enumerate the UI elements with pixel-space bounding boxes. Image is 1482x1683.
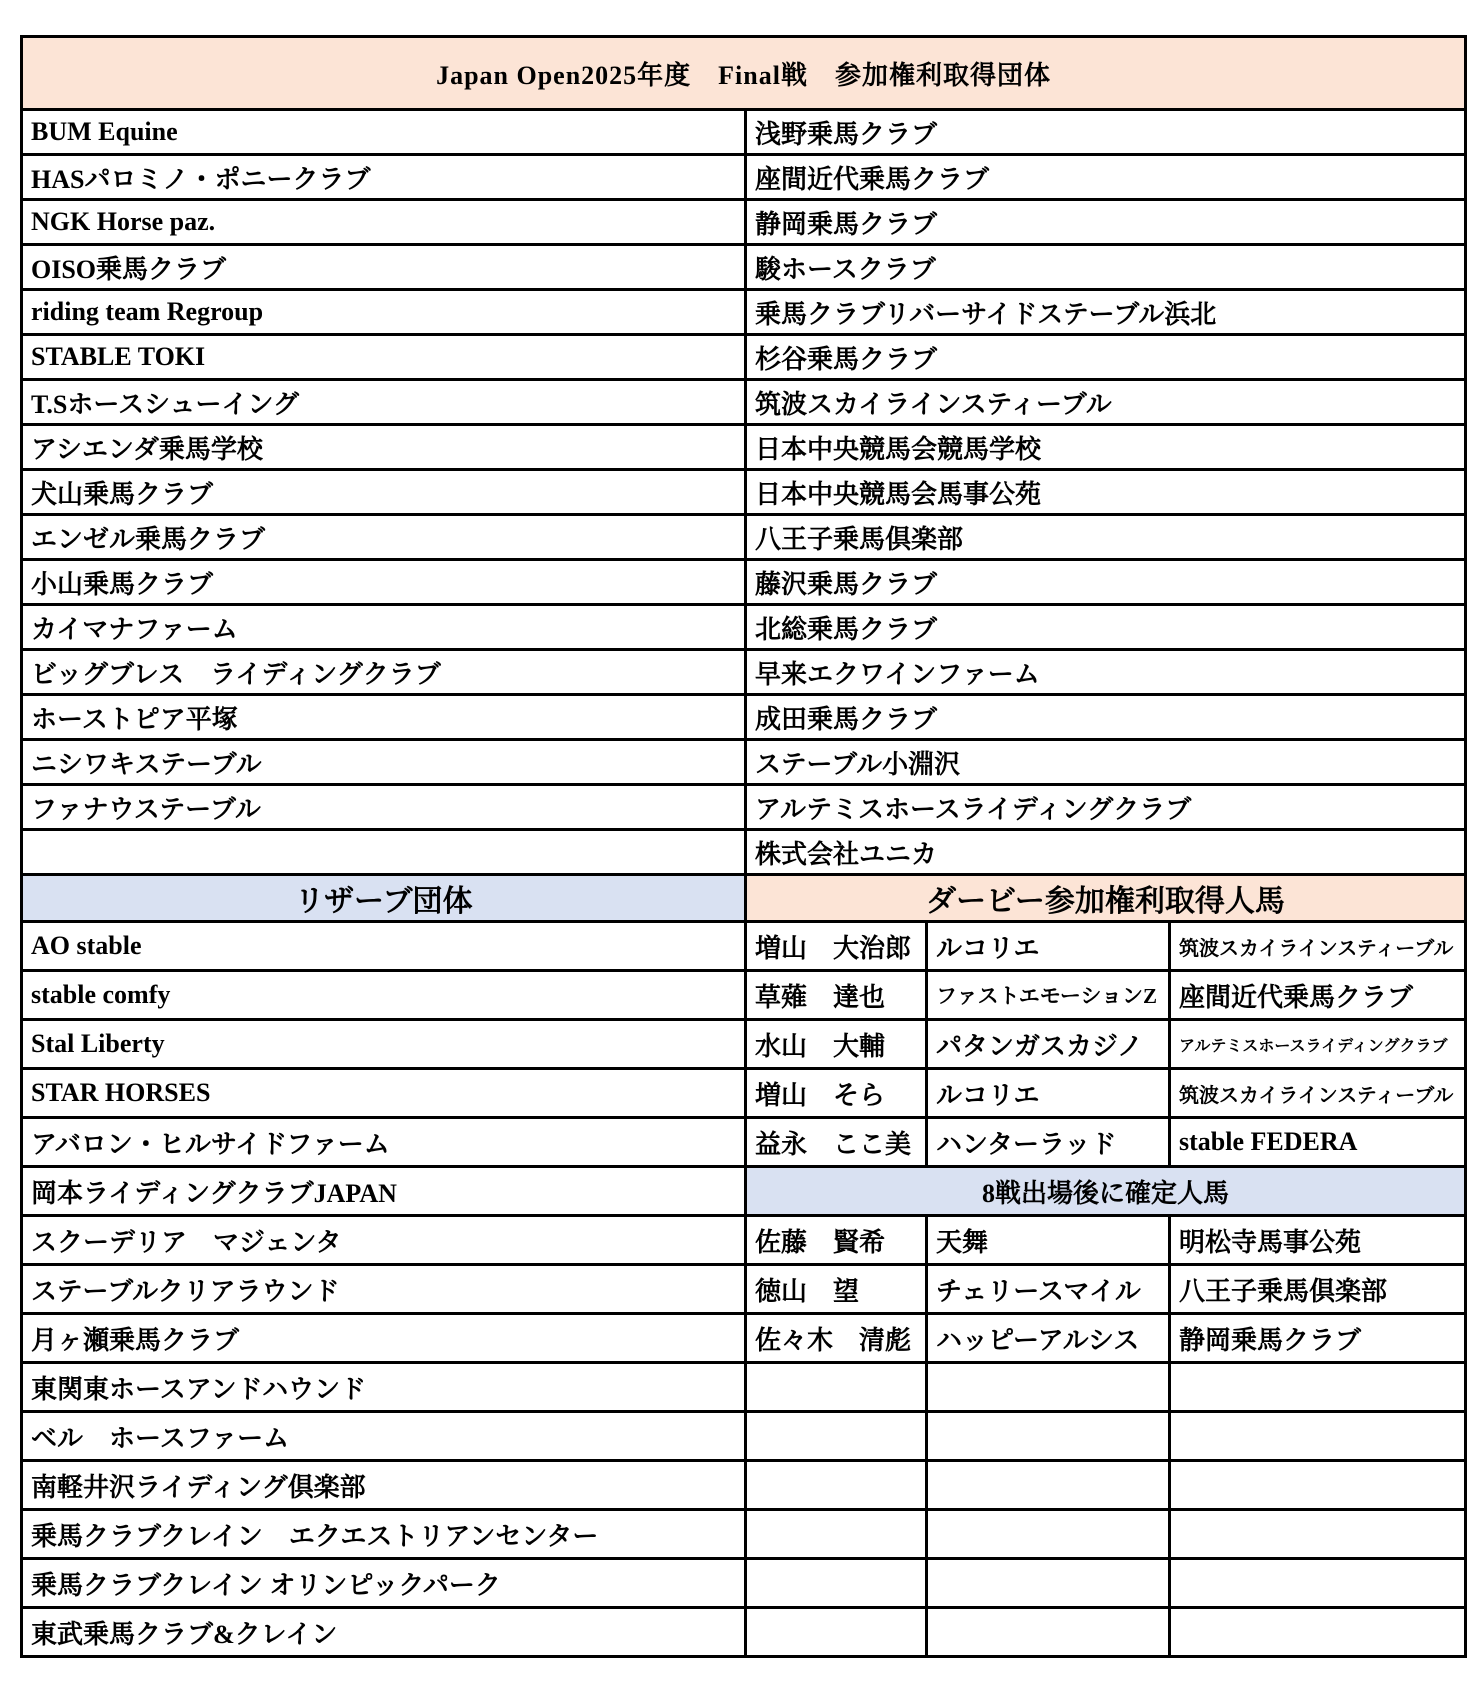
qualified-row: ニシワキステーブルステーブル小淵沢 [22, 740, 1466, 785]
reserve-org-cell: ベル ホースファーム [22, 1412, 746, 1461]
org-cell-left: STABLE TOKI [22, 335, 746, 380]
club-cell [1170, 1363, 1466, 1412]
derby-section-header: ダービー参加権利取得人馬 [746, 875, 1466, 922]
club-cell [1170, 1510, 1466, 1559]
qualified-row: BUM Equine浅野乗馬クラブ [22, 110, 1466, 155]
rider-cell [746, 1559, 927, 1608]
org-cell-right: 筑波スカイラインスティーブル [746, 380, 1466, 425]
reserve-row: stable comfy草薙 達也ファストエモーションZ座間近代乗馬クラブ [22, 971, 1466, 1020]
reserve-row: アバロン・ヒルサイドファーム益永 ここ美ハンターラッドstable FEDERA [22, 1118, 1466, 1167]
reserve-row: 南軽井沢ライディング倶楽部 [22, 1461, 1466, 1510]
qualified-row: HASパロミノ・ポニークラブ座間近代乗馬クラブ [22, 155, 1466, 200]
org-cell-left [22, 830, 746, 875]
rider-cell: 佐々木 清彪 [746, 1314, 927, 1363]
org-cell-left: BUM Equine [22, 110, 746, 155]
reserve-row: 乗馬クラブクレイン エクエストリアンセンター [22, 1510, 1466, 1559]
club-cell: 筑波スカイラインスティーブル [1170, 1069, 1466, 1118]
qualified-row: アシエンダ乗馬学校日本中央競馬会競馬学校 [22, 425, 1466, 470]
qualified-row: T.Sホースシューイング筑波スカイラインスティーブル [22, 380, 1466, 425]
qualified-row: ホーストピア平塚成田乗馬クラブ [22, 695, 1466, 740]
results-table: Japan Open2025年度 Final戦 参加権利取得団体BUM Equi… [20, 35, 1467, 1658]
org-cell-right: 駿ホースクラブ [746, 245, 1466, 290]
club-cell [1170, 1559, 1466, 1608]
rider-cell: 増山 大治郎 [746, 922, 927, 971]
horse-cell: ルコリエ [927, 1069, 1170, 1118]
rider-cell [746, 1412, 927, 1461]
org-cell-right: 浅野乗馬クラブ [746, 110, 1466, 155]
section-header-row: リザーブ団体ダービー参加権利取得人馬 [22, 875, 1466, 922]
reserve-org-cell: アバロン・ヒルサイドファーム [22, 1118, 746, 1167]
org-cell-right: 早来エクワインファーム [746, 650, 1466, 695]
org-cell-left: カイマナファーム [22, 605, 746, 650]
qualified-row: ビッグブレス ライディングクラブ早来エクワインファーム [22, 650, 1466, 695]
org-cell-left: ホーストピア平塚 [22, 695, 746, 740]
org-cell-right: 日本中央競馬会馬事公苑 [746, 470, 1466, 515]
reserve-org-cell: 乗馬クラブクレイン オリンピックパーク [22, 1559, 746, 1608]
horse-cell [927, 1461, 1170, 1510]
org-cell-left: エンゼル乗馬クラブ [22, 515, 746, 560]
page-title: Japan Open2025年度 Final戦 参加権利取得団体 [22, 37, 1466, 110]
qualified-row: OISO乗馬クラブ駿ホースクラブ [22, 245, 1466, 290]
qualified-row: エンゼル乗馬クラブ八王子乗馬倶楽部 [22, 515, 1466, 560]
org-cell-left: ビッグブレス ライディングクラブ [22, 650, 746, 695]
reserve-org-cell: 東関東ホースアンドハウンド [22, 1363, 746, 1412]
org-cell-right: アルテミスホースライディングクラブ [746, 785, 1466, 830]
reserve-org-cell: 月ヶ瀬乗馬クラブ [22, 1314, 746, 1363]
reserve-org-cell: STAR HORSES [22, 1069, 746, 1118]
qualified-row: 株式会社ユニカ [22, 830, 1466, 875]
rider-cell [746, 1363, 927, 1412]
club-cell: アルテミスホースライディングクラブ [1170, 1020, 1466, 1069]
reserve-row: AO stable増山 大治郎ルコリエ筑波スカイラインスティーブル [22, 922, 1466, 971]
horse-cell: ルコリエ [927, 922, 1170, 971]
org-cell-right: ステーブル小淵沢 [746, 740, 1466, 785]
club-cell: 八王子乗馬倶楽部 [1170, 1265, 1466, 1314]
org-cell-left: HASパロミノ・ポニークラブ [22, 155, 746, 200]
rider-cell: 水山 大輔 [746, 1020, 927, 1069]
horse-cell [927, 1559, 1170, 1608]
org-cell-left: 犬山乗馬クラブ [22, 470, 746, 515]
reserve-row: Stal Liberty水山 大輔パタンガスカジノアルテミスホースライディングク… [22, 1020, 1466, 1069]
reserve-org-cell: 乗馬クラブクレイン エクエストリアンセンター [22, 1510, 746, 1559]
reserve-row: 月ヶ瀬乗馬クラブ佐々木 清彪ハッピーアルシス静岡乗馬クラブ [22, 1314, 1466, 1363]
results-table-body: Japan Open2025年度 Final戦 参加権利取得団体BUM Equi… [22, 37, 1466, 1657]
qualified-row: 犬山乗馬クラブ日本中央競馬会馬事公苑 [22, 470, 1466, 515]
reserve-row: ステーブルクリアラウンド徳山 望チェリースマイル八王子乗馬倶楽部 [22, 1265, 1466, 1314]
reserve-org-cell: stable comfy [22, 971, 746, 1020]
horse-cell [927, 1363, 1170, 1412]
rider-cell: 増山 そら [746, 1069, 927, 1118]
reserve-org-cell: 岡本ライディングクラブJAPAN [22, 1167, 746, 1216]
org-cell-left: 小山乗馬クラブ [22, 560, 746, 605]
horse-cell [927, 1412, 1170, 1461]
org-cell-right: 日本中央競馬会競馬学校 [746, 425, 1466, 470]
rider-cell: 徳山 望 [746, 1265, 927, 1314]
club-cell: 筑波スカイラインスティーブル [1170, 922, 1466, 971]
org-cell-right: 成田乗馬クラブ [746, 695, 1466, 740]
reserve-row: ベル ホースファーム [22, 1412, 1466, 1461]
reserve-row: 東関東ホースアンドハウンド [22, 1363, 1466, 1412]
horse-cell: ファストエモーションZ [927, 971, 1170, 1020]
org-cell-right: 静岡乗馬クラブ [746, 200, 1466, 245]
org-cell-left: ニシワキステーブル [22, 740, 746, 785]
org-cell-right: 株式会社ユニカ [746, 830, 1466, 875]
qualified-row: ファナウステーブルアルテミスホースライディングクラブ [22, 785, 1466, 830]
reserve-row: STAR HORSES増山 そらルコリエ筑波スカイラインスティーブル [22, 1069, 1466, 1118]
org-cell-left: NGK Horse paz. [22, 200, 746, 245]
club-cell [1170, 1412, 1466, 1461]
qualified-row: riding team Regroup乗馬クラブリバーサイドステーブル浜北 [22, 290, 1466, 335]
club-cell: stable FEDERA [1170, 1118, 1466, 1167]
reserve-org-cell: 南軽井沢ライディング倶楽部 [22, 1461, 746, 1510]
reserve-org-cell: 東武乗馬クラブ&クレイン [22, 1608, 746, 1657]
rider-cell [746, 1510, 927, 1559]
club-cell: 静岡乗馬クラブ [1170, 1314, 1466, 1363]
title-row: Japan Open2025年度 Final戦 参加権利取得団体 [22, 37, 1466, 110]
horse-cell [927, 1608, 1170, 1657]
rider-cell: 草薙 達也 [746, 971, 927, 1020]
rider-cell [746, 1461, 927, 1510]
rider-cell: 益永 ここ美 [746, 1118, 927, 1167]
qualified-row: カイマナファーム北総乗馬クラブ [22, 605, 1466, 650]
qualified-row: 小山乗馬クラブ藤沢乗馬クラブ [22, 560, 1466, 605]
horse-cell: ハッピーアルシス [927, 1314, 1170, 1363]
club-cell [1170, 1608, 1466, 1657]
horse-cell [927, 1510, 1170, 1559]
horse-cell: チェリースマイル [927, 1265, 1170, 1314]
horse-cell: パタンガスカジノ [927, 1020, 1170, 1069]
org-cell-left: ファナウステーブル [22, 785, 746, 830]
org-cell-right: 乗馬クラブリバーサイドステーブル浜北 [746, 290, 1466, 335]
qualified-row: NGK Horse paz.静岡乗馬クラブ [22, 200, 1466, 245]
reserve-row: 岡本ライディングクラブJAPAN8戦出場後に確定人馬 [22, 1167, 1466, 1216]
reserve-row: 東武乗馬クラブ&クレイン [22, 1608, 1466, 1657]
org-cell-left: T.Sホースシューイング [22, 380, 746, 425]
org-cell-left: riding team Regroup [22, 290, 746, 335]
org-cell-right: 北総乗馬クラブ [746, 605, 1466, 650]
document-sheet: Japan Open2025年度 Final戦 参加権利取得団体BUM Equi… [20, 35, 1464, 1658]
org-cell-right: 杉谷乗馬クラブ [746, 335, 1466, 380]
horse-cell: 天舞 [927, 1216, 1170, 1265]
org-cell-right: 藤沢乗馬クラブ [746, 560, 1466, 605]
reserve-row: スクーデリア マジェンタ佐藤 賢希天舞明松寺馬事公苑 [22, 1216, 1466, 1265]
reserve-row: 乗馬クラブクレイン オリンピックパーク [22, 1559, 1466, 1608]
reserve-org-cell: Stal Liberty [22, 1020, 746, 1069]
rider-cell: 佐藤 賢希 [746, 1216, 927, 1265]
qualified-row: STABLE TOKI杉谷乗馬クラブ [22, 335, 1466, 380]
club-cell: 座間近代乗馬クラブ [1170, 971, 1466, 1020]
reserve-section-header: リザーブ団体 [22, 875, 746, 922]
after8-section-header: 8戦出場後に確定人馬 [746, 1167, 1466, 1216]
reserve-org-cell: AO stable [22, 922, 746, 971]
org-cell-left: OISO乗馬クラブ [22, 245, 746, 290]
club-cell [1170, 1461, 1466, 1510]
rider-cell [746, 1608, 927, 1657]
horse-cell: ハンターラッド [927, 1118, 1170, 1167]
reserve-org-cell: ステーブルクリアラウンド [22, 1265, 746, 1314]
org-cell-right: 座間近代乗馬クラブ [746, 155, 1466, 200]
reserve-org-cell: スクーデリア マジェンタ [22, 1216, 746, 1265]
org-cell-right: 八王子乗馬倶楽部 [746, 515, 1466, 560]
org-cell-left: アシエンダ乗馬学校 [22, 425, 746, 470]
club-cell: 明松寺馬事公苑 [1170, 1216, 1466, 1265]
